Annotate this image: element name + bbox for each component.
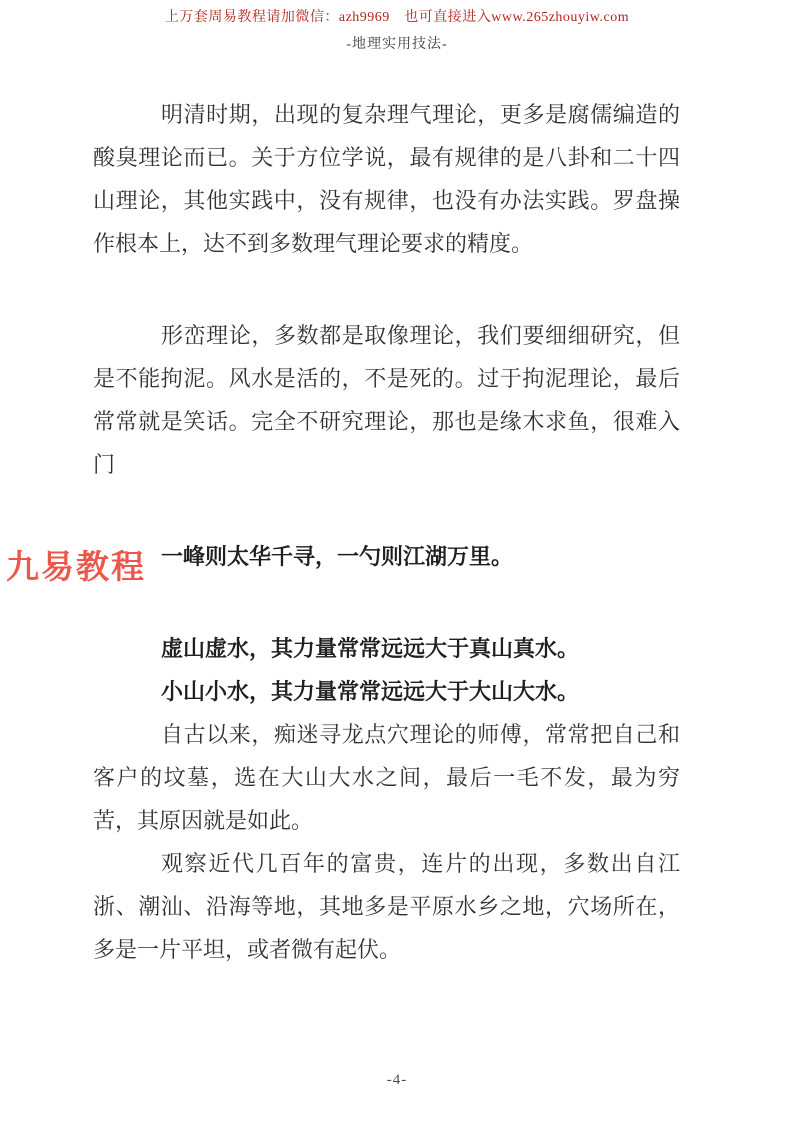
watermark-brand: 九易教程 bbox=[6, 541, 146, 588]
page-number: -4- bbox=[387, 1072, 408, 1088]
page-footer: -4- bbox=[0, 1072, 794, 1089]
quote-small-mountain-water: 小山小水，其力量常常远远大于大山大水。 bbox=[93, 670, 680, 713]
paragraph-observe-wealth: 观察近代几百年的富贵，连片的出现，多数出自江浙、潮汕、沿海等地，其地多是平原水乡… bbox=[93, 842, 680, 971]
paragraph-since-ancient: 自古以来，痴迷寻龙点穴理论的师傅，常常把自己和客户的坟墓，选在大山大水之间，最后… bbox=[93, 713, 680, 842]
header-document-title: -地理实用技法- bbox=[0, 36, 794, 53]
document-body: 明清时期，出现的复杂理气理论，更多是腐儒编造的酸臭理论而已。关于方位学说，最有规… bbox=[93, 93, 680, 971]
page-header: 上万套周易教程请加微信：azh9969 也可直接进入www.265zhouyiw… bbox=[0, 0, 794, 53]
paragraph-ming-qing: 明清时期，出现的复杂理气理论，更多是腐儒编造的酸臭理论而已。关于方位学说，最有规… bbox=[93, 93, 680, 265]
quote-one-peak: 一峰则太华千寻，一勺则江湖万里。 bbox=[93, 535, 680, 578]
header-promo-text: 上万套周易教程请加微信：azh9969 也可直接进入www.265zhouyiw… bbox=[0, 9, 794, 26]
document-page: 上万套周易教程请加微信：azh9969 也可直接进入www.265zhouyiw… bbox=[0, 0, 794, 1123]
paragraph-xingluan: 形峦理论，多数都是取像理论，我们要细细研究，但是不能拘泥。风水是活的，不是死的。… bbox=[93, 314, 680, 486]
quote-virtual-mountain-water: 虚山虚水，其力量常常远远大于真山真水。 bbox=[93, 627, 680, 670]
